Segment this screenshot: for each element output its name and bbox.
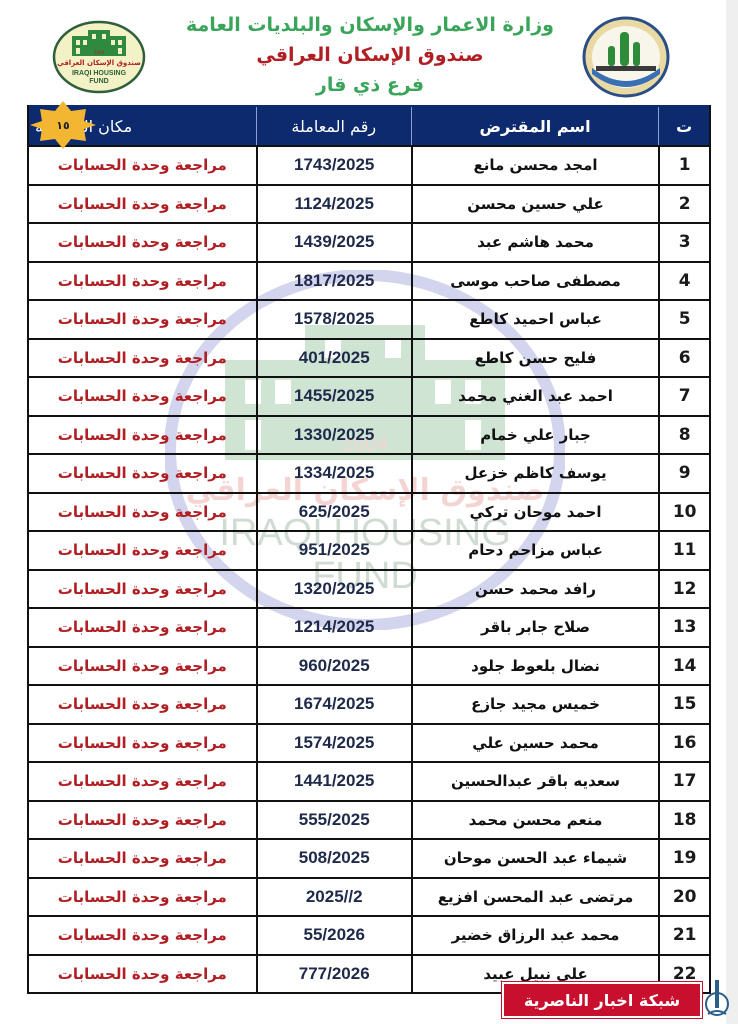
transaction-number: 1320/2025	[256, 571, 411, 608]
borrower-name: نضال بلعوط جلود	[411, 648, 659, 685]
review-place: مراجعة وحدة الحسابات	[29, 378, 256, 415]
table-row: 7احمد عبد الغني محمد1455/2025مراجعة وحدة…	[29, 376, 709, 415]
table-row: 3محمد هاشم عبد1439/2025مراجعة وحدة الحسا…	[29, 222, 709, 261]
row-number: 16	[658, 725, 709, 762]
table-row: 14نضال بلعوط جلود960/2025مراجعة وحدة الح…	[29, 646, 709, 685]
column-header-name: اسم المقترض	[411, 107, 659, 145]
review-place: مراجعة وحدة الحسابات	[29, 840, 256, 877]
borrower-name: رافد محمد حسن	[411, 571, 659, 608]
transaction-number: 1455/2025	[256, 378, 411, 415]
table-row: 12رافد محمد حسن1320/2025مراجعة وحدة الحس…	[29, 569, 709, 608]
page-edge	[726, 0, 738, 1024]
table-row: 21محمد عبد الرزاق خضير55/2026مراجعة وحدة…	[29, 915, 709, 954]
page-number-badge: ١٥	[30, 101, 96, 149]
transaction-number: 960/2025	[256, 648, 411, 685]
badge-number: ١٥	[30, 101, 96, 149]
table-row: 15خميس مجيد جازع1674/2025مراجعة وحدة الح…	[29, 684, 709, 723]
borrower-name: سعديه باقر عبدالحسين	[411, 763, 659, 800]
review-place: مراجعة وحدة الحسابات	[29, 802, 256, 839]
table-row: 6فليح حسن كاطع401/2025مراجعة وحدة الحساب…	[29, 338, 709, 377]
borrower-name: امجد محسن مانع	[411, 147, 659, 184]
header-title-block: وزارة الاعمار والإسكان والبلديات العامة …	[180, 10, 560, 100]
review-place: مراجعة وحدة الحسابات	[29, 340, 256, 377]
transaction-number: 625/2025	[256, 494, 411, 531]
borrower-name: مرتضى عبد المحسن افزيع	[411, 879, 659, 916]
table-row: 4مصطفى صاحب موسى1817/2025مراجعة وحدة الح…	[29, 261, 709, 300]
table-row: 2علي حسين محسن1124/2025مراجعة وحدة الحسا…	[29, 184, 709, 223]
row-number: 13	[658, 609, 709, 646]
document-page: 2004 صندوق الإسكان العراقي IRAQI HOUSING…	[0, 0, 738, 1024]
borrower-name: فليح حسن كاطع	[411, 340, 659, 377]
borrower-name: احمد عبد الغني محمد	[411, 378, 659, 415]
transaction-number: 951/2025	[256, 532, 411, 569]
iraqi-housing-fund-logo-icon: 2004 صندوق الإسكان العراقي IRAQI HOUSING…	[52, 20, 146, 94]
review-place: مراجعة وحدة الحسابات	[29, 686, 256, 723]
row-number: 14	[658, 648, 709, 685]
table-row: 19شيماء عبد الحسن موحان508/2025مراجعة وح…	[29, 838, 709, 877]
row-number: 12	[658, 571, 709, 608]
table-row: 13صلاح جابر باقر1214/2025مراجعة وحدة الح…	[29, 607, 709, 646]
borrower-name: محمد هاشم عبد	[411, 224, 659, 261]
row-number: 6	[658, 340, 709, 377]
svg-text:IRAQI HOUSING: IRAQI HOUSING	[72, 70, 127, 77]
table-header-row: ت اسم المقترض رقم المعاملة مكان المراجعة	[29, 105, 709, 145]
news-network-emblem-icon	[704, 978, 730, 1018]
branch-title: فرع ذي قار	[180, 70, 560, 100]
borrower-name: صلاح جابر باقر	[411, 609, 659, 646]
table-row: 20مرتضى عبد المحسن افزيع2//2025مراجعة وح…	[29, 877, 709, 916]
table-row: 8جبار علي خمام1330/2025مراجعة وحدة الحسا…	[29, 415, 709, 454]
review-place: مراجعة وحدة الحسابات	[29, 186, 256, 223]
row-number: 18	[658, 802, 709, 839]
review-place: مراجعة وحدة الحسابات	[29, 494, 256, 531]
transaction-number: 1330/2025	[256, 417, 411, 454]
review-place: مراجعة وحدة الحسابات	[29, 224, 256, 261]
transaction-number: 2//2025	[256, 879, 411, 916]
column-header-transaction: رقم المعاملة	[256, 107, 411, 145]
row-number: 21	[658, 917, 709, 954]
row-number: 9	[658, 455, 709, 492]
borrower-name: محمد حسين علي	[411, 725, 659, 762]
ministry-logo-icon	[582, 16, 670, 98]
borrower-name: احمد موحان تركي	[411, 494, 659, 531]
borrowers-table: ت اسم المقترض رقم المعاملة مكان المراجعة…	[27, 105, 711, 994]
row-number: 17	[658, 763, 709, 800]
borrower-name: عباس مزاحم دحام	[411, 532, 659, 569]
review-place: مراجعة وحدة الحسابات	[29, 263, 256, 300]
table-row: 1امجد محسن مانع1743/2025مراجعة وحدة الحس…	[29, 145, 709, 184]
row-number: 7	[658, 378, 709, 415]
transaction-number: 1674/2025	[256, 686, 411, 723]
review-place: مراجعة وحدة الحسابات	[29, 301, 256, 338]
review-place: مراجعة وحدة الحسابات	[29, 571, 256, 608]
transaction-number: 1439/2025	[256, 224, 411, 261]
transaction-number: 508/2025	[256, 840, 411, 877]
table-row: 17سعديه باقر عبدالحسين1441/2025مراجعة وح…	[29, 761, 709, 800]
borrower-name: شيماء عبد الحسن موحان	[411, 840, 659, 877]
row-number: 15	[658, 686, 709, 723]
borrower-name: خميس مجيد جازع	[411, 686, 659, 723]
review-place: مراجعة وحدة الحسابات	[29, 763, 256, 800]
review-place: مراجعة وحدة الحسابات	[29, 956, 256, 993]
table-row: 10احمد موحان تركي625/2025مراجعة وحدة الح…	[29, 492, 709, 531]
news-network-logo: شبكة اخبار الناصرية	[496, 978, 732, 1018]
review-place: مراجعة وحدة الحسابات	[29, 879, 256, 916]
transaction-number: 777/2026	[256, 956, 411, 993]
borrower-name: مصطفى صاحب موسى	[411, 263, 659, 300]
review-place: مراجعة وحدة الحسابات	[29, 609, 256, 646]
column-header-no: ت	[658, 107, 709, 145]
review-place: مراجعة وحدة الحسابات	[29, 455, 256, 492]
table-row: 16محمد حسين علي1574/2025مراجعة وحدة الحس…	[29, 723, 709, 762]
borrower-name: عباس احميد كاطع	[411, 301, 659, 338]
row-number: 4	[658, 263, 709, 300]
fund-title: صندوق الإسكان العراقي	[180, 40, 560, 70]
transaction-number: 1574/2025	[256, 725, 411, 762]
ministry-title: وزارة الاعمار والإسكان والبلديات العامة	[180, 10, 560, 40]
svg-text:2004: 2004	[94, 50, 105, 55]
transaction-number: 401/2025	[256, 340, 411, 377]
transaction-number: 55/2026	[256, 917, 411, 954]
table-row: 5عباس احميد كاطع1578/2025مراجعة وحدة الح…	[29, 299, 709, 338]
borrower-name: منعم محسن محمد	[411, 802, 659, 839]
row-number: 19	[658, 840, 709, 877]
transaction-number: 1817/2025	[256, 263, 411, 300]
row-number: 1	[658, 147, 709, 184]
review-place: مراجعة وحدة الحسابات	[29, 648, 256, 685]
svg-text:FUND: FUND	[89, 78, 108, 85]
review-place: مراجعة وحدة الحسابات	[29, 417, 256, 454]
transaction-number: 555/2025	[256, 802, 411, 839]
svg-text:صندوق الإسكان العراقي: صندوق الإسكان العراقي	[57, 59, 141, 67]
row-number: 8	[658, 417, 709, 454]
row-number: 11	[658, 532, 709, 569]
row-number: 2	[658, 186, 709, 223]
borrower-name: علي حسين محسن	[411, 186, 659, 223]
table-row: 11عباس مزاحم دحام951/2025مراجعة وحدة الح…	[29, 530, 709, 569]
review-place: مراجعة وحدة الحسابات	[29, 532, 256, 569]
review-place: مراجعة وحدة الحسابات	[29, 725, 256, 762]
row-number: 5	[658, 301, 709, 338]
transaction-number: 1743/2025	[256, 147, 411, 184]
review-place: مراجعة وحدة الحسابات	[29, 147, 256, 184]
transaction-number: 1124/2025	[256, 186, 411, 223]
transaction-number: 1214/2025	[256, 609, 411, 646]
table-row: 18منعم محسن محمد555/2025مراجعة وحدة الحس…	[29, 800, 709, 839]
row-number: 3	[658, 224, 709, 261]
table-row: 9يوسف كاظم خزعل1334/2025مراجعة وحدة الحس…	[29, 453, 709, 492]
borrower-name: جبار علي خمام	[411, 417, 659, 454]
borrower-name: محمد عبد الرزاق خضير	[411, 917, 659, 954]
news-network-text: شبكة اخبار الناصرية	[502, 982, 702, 1018]
transaction-number: 1441/2025	[256, 763, 411, 800]
row-number: 10	[658, 494, 709, 531]
review-place: مراجعة وحدة الحسابات	[29, 917, 256, 954]
borrower-name: يوسف كاظم خزعل	[411, 455, 659, 492]
row-number: 20	[658, 879, 709, 916]
transaction-number: 1578/2025	[256, 301, 411, 338]
transaction-number: 1334/2025	[256, 455, 411, 492]
